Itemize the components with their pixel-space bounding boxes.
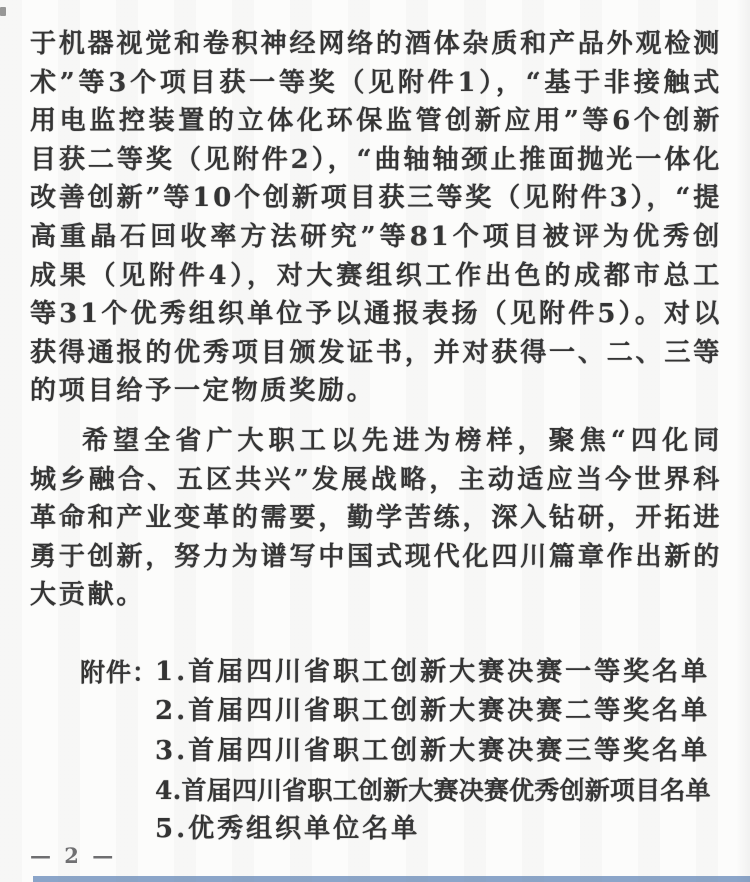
text-line: 等31个优秀组织单位予以通报表扬（见附件5）。对以上 (30, 295, 722, 334)
text-line: 高重晶石回收率方法研究”等81个项目被评为优秀创新 (30, 218, 722, 257)
document-body: 于机器视觉和卷积神经网络的酒体杂质和产品外观检测技 术”等3个项目获一等奖（见附… (30, 25, 722, 853)
attachment-list: 附件： 1.首届四川省职工创新大赛决赛一等奖名单 2.首届四川省职工创新大赛决赛… (30, 653, 722, 853)
paragraph-2: 希望全省广大职工以先进为榜样，聚焦“四化同步、 城乡融合、五区共兴”发展战略，主… (30, 422, 722, 615)
text-line: 目获二等奖（见附件2），“曲轴轴颈止推面抛光一体化 (30, 141, 722, 180)
text-line: 的项目给予一定物质奖励。 (30, 372, 722, 411)
page-number: — 2 — (30, 843, 116, 868)
text-line: 术”等3个项目获一等奖（见附件1），“基于非接触式 (30, 64, 722, 103)
attachment-item: 2.首届四川省职工创新大赛决赛二等奖名单 (155, 692, 722, 731)
scan-artifact-speck (0, 7, 6, 16)
attachment-item: 5.优秀组织单位名单 (155, 810, 722, 849)
text-line: 获得通报的优秀项目颁发证书，并对获得一、二、三等奖 (30, 334, 722, 373)
text-line: 革命和产业变革的需要，勤学苦练，深入钻研，开拓进取， (30, 499, 722, 538)
text-line: 城乡融合、五区共兴”发展战略，主动适应当今世界科技 (30, 461, 722, 500)
text-line: 成果（见附件4），对大赛组织工作出色的成都市总工会 (30, 257, 722, 296)
text-line: 改善创新”等10个创新项目获三等奖（见附件3），“提 (30, 179, 722, 218)
text-line: 大贡献。 (30, 576, 722, 615)
text-line: 希望全省广大职工以先进为榜样，聚焦“四化同步、 (30, 422, 722, 461)
attachment-item: 4.首届四川省职工创新大赛决赛优秀创新项目名单 (155, 771, 722, 810)
attachment-item: 1.首届四川省职工创新大赛决赛一等奖名单 (155, 653, 722, 692)
attachment-item: 3.首届四川省职工创新大赛决赛三等奖名单 (155, 732, 722, 771)
attachment-label: 附件： (80, 653, 158, 692)
paragraph-1: 于机器视觉和卷积神经网络的酒体杂质和产品外观检测技 术”等3个项目获一等奖（见附… (30, 25, 722, 411)
text-line: 于机器视觉和卷积神经网络的酒体杂质和产品外观检测技 (30, 25, 722, 64)
text-line: 用电监控装置的立体化环保监管创新应用”等6个创新项 (30, 102, 722, 141)
document-page: 于机器视觉和卷积神经网络的酒体杂质和产品外观检测技 术”等3个项目获一等奖（见附… (0, 0, 750, 882)
text-line: 勇于创新，努力为谱写中国式现代化四川篇章作出新的更 (30, 538, 722, 577)
attachment-items: 1.首届四川省职工创新大赛决赛一等奖名单 2.首届四川省职工创新大赛决赛二等奖名… (155, 653, 722, 850)
bottom-blue-strip (33, 876, 750, 882)
